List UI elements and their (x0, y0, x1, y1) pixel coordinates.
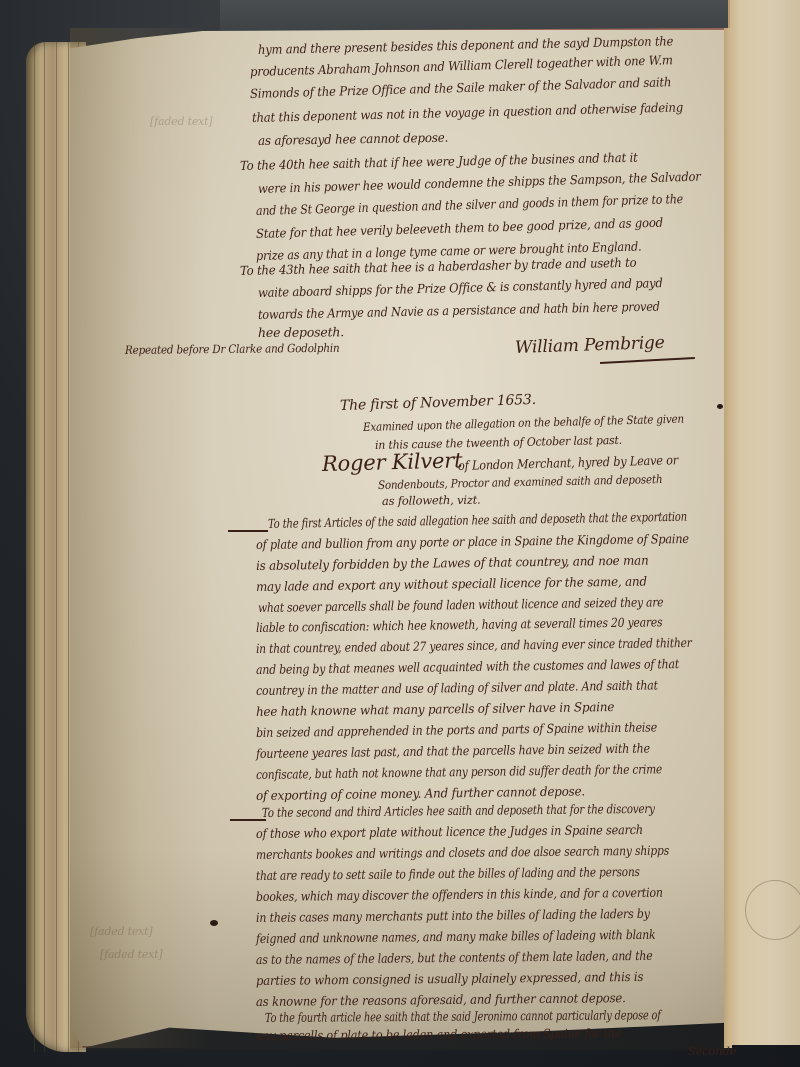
facing-page-flourish (745, 880, 800, 940)
paragraph-stroke (230, 819, 266, 821)
ink-blot (717, 404, 723, 409)
paragraph-stroke (228, 530, 268, 532)
text-line: hee deposeth. (258, 324, 344, 340)
faded-margin-text: [faded text] (150, 115, 212, 128)
text-line: To the fourth article hee saith that the… (265, 1007, 661, 1025)
margin-note-repeated: Repeated before Dr Clarke and Godolphin (125, 341, 340, 357)
ink-blot (210, 920, 218, 926)
page-gutter (724, 28, 732, 1048)
faded-margin-text: [faded text] (90, 925, 152, 938)
text-line: any parcells of plate to be laden and ex… (256, 1025, 622, 1043)
faded-margin-text: [faded text] (100, 948, 162, 961)
deponent-line: as followeth, vizt. (382, 493, 481, 508)
deponent-name: Roger Kilvert (322, 448, 463, 476)
catchword: Seconde (688, 1044, 736, 1058)
